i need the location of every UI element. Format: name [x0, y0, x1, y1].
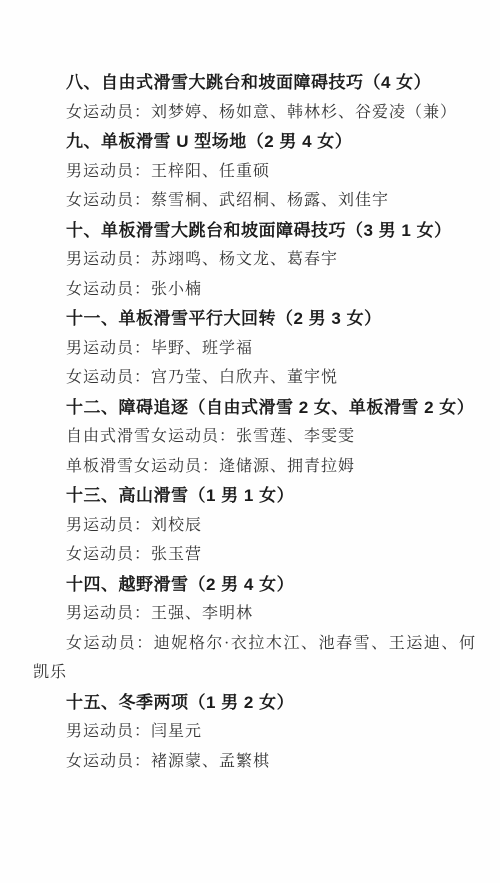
section-13-men-athletes: 男运动员：刘校辰 — [33, 511, 476, 541]
section-11-heading: 十一、单板滑雪平行大回转（2 男 3 女） — [33, 304, 476, 334]
section-10-men-athletes: 男运动员：苏翊鸣、杨文龙、葛春宇 — [33, 245, 476, 275]
section-9-men-athletes: 男运动员：王梓阳、任重硕 — [33, 157, 476, 187]
section-14-heading: 十四、越野滑雪（2 男 4 女） — [33, 570, 476, 600]
section-9-women-athletes: 女运动员：蔡雪桐、武绍桐、杨露、刘佳宇 — [33, 186, 476, 216]
section-9-heading: 九、单板滑雪 U 型场地（2 男 4 女） — [33, 127, 476, 157]
section-10-women-athletes: 女运动员：张小楠 — [33, 275, 476, 305]
section-8-women-athletes: 女运动员：刘梦婷、杨如意、韩林杉、谷爱凌（兼） — [33, 98, 476, 128]
section-11-women-athletes: 女运动员：宫乃莹、白欣卉、董宇悦 — [33, 363, 476, 393]
section-13-heading: 十三、高山滑雪（1 男 1 女） — [33, 481, 476, 511]
section-10-heading: 十、单板滑雪大跳台和坡面障碍技巧（3 男 1 女） — [33, 216, 476, 246]
section-15-women-athletes: 女运动员：褚源蒙、孟繁棋 — [33, 747, 476, 777]
section-14-women-athletes: 女运动员：迪妮格尔·衣拉木江、池春雪、王运迪、何凯乐 — [33, 629, 476, 688]
section-12-freestyle-women-athletes: 自由式滑雪女运动员：张雪莲、李雯雯 — [33, 422, 476, 452]
section-12-heading: 十二、障碍追逐（自由式滑雪 2 女、单板滑雪 2 女） — [33, 393, 476, 423]
section-8-heading: 八、自由式滑雪大跳台和坡面障碍技巧（4 女） — [33, 68, 476, 98]
section-12-snowboard-women-athletes: 单板滑雪女运动员：逄储源、拥青拉姆 — [33, 452, 476, 482]
section-15-heading: 十五、冬季两项（1 男 2 女） — [33, 688, 476, 718]
section-11-men-athletes: 男运动员：毕野、班学福 — [33, 334, 476, 364]
document-page: 八、自由式滑雪大跳台和坡面障碍技巧（4 女） 女运动员：刘梦婷、杨如意、韩林杉、… — [0, 0, 500, 883]
section-13-women-athletes: 女运动员：张玉营 — [33, 540, 476, 570]
section-15-men-athletes: 男运动员：闫星元 — [33, 717, 476, 747]
section-14-men-athletes: 男运动员：王强、李明林 — [33, 599, 476, 629]
